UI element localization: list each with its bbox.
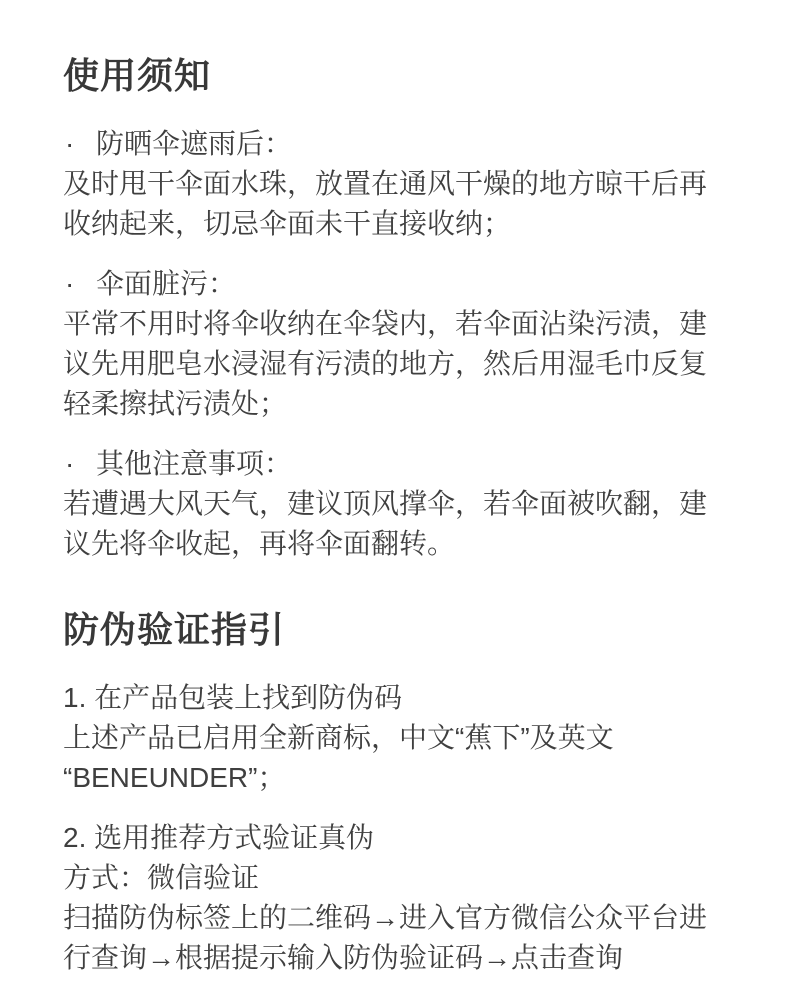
bullet-row: · 伞面脏污： [63, 264, 727, 304]
usage-notice-title: 使用须知 [63, 54, 727, 98]
item-body: 及时甩干伞面水珠，放置在通风干燥的地方晾干后再 收纳起来，切忌伞面未干直接收纳； [63, 164, 727, 244]
item-body: 若遭遇大风天气，建议顶风撑伞，若伞面被吹翻，建 议先将伞收起，再将伞面翻转。 [63, 484, 727, 564]
list-item: · 伞面脏污： 平常不用时将伞收纳在伞袋内，若伞面沾染污渍，建 议先用肥皂水浸湿… [63, 264, 727, 424]
list-item: · 其他注意事项： 若遭遇大风天气，建议顶风撑伞，若伞面被吹翻，建 议先将伞收起… [63, 444, 727, 564]
verification-step-1: 1. 在产品包装上找到防伪码 上述产品已启用全新商标，中文“蕉下”及英文 “BE… [63, 678, 727, 798]
section-verification-guide: 防伪验证指引 1. 在产品包装上找到防伪码 上述产品已启用全新商标，中文“蕉下”… [63, 608, 727, 978]
bullet-row: · 其他注意事项： [63, 444, 727, 484]
item-body: 平常不用时将伞收纳在伞袋内，若伞面沾染污渍，建 议先用肥皂水浸湿有污渍的地方，然… [63, 304, 727, 424]
bullet-label: 其他注意事项： [96, 444, 292, 484]
bullet-dot-icon: · [63, 124, 96, 164]
bullet-label: 防晒伞遮雨后： [96, 124, 292, 164]
bullet-label: 伞面脏污： [96, 264, 236, 304]
bullet-row: · 防晒伞遮雨后： [63, 124, 727, 164]
section-usage-notice: 使用须知 · 防晒伞遮雨后： 及时甩干伞面水珠，放置在通风干燥的地方晾干后再 收… [63, 54, 727, 564]
verification-step-2: 2. 选用推荐方式验证真伪 方式：微信验证 扫描防伪标签上的二维码→进入官方微信… [63, 818, 727, 978]
list-item: · 防晒伞遮雨后： 及时甩干伞面水珠，放置在通风干燥的地方晾干后再 收纳起来，切… [63, 124, 727, 244]
verification-guide-title: 防伪验证指引 [63, 608, 727, 652]
bullet-dot-icon: · [63, 264, 96, 304]
product-description-page: 使用须知 · 防晒伞遮雨后： 及时甩干伞面水珠，放置在通风干燥的地方晾干后再 收… [0, 0, 790, 1005]
bullet-dot-icon: · [63, 444, 96, 484]
